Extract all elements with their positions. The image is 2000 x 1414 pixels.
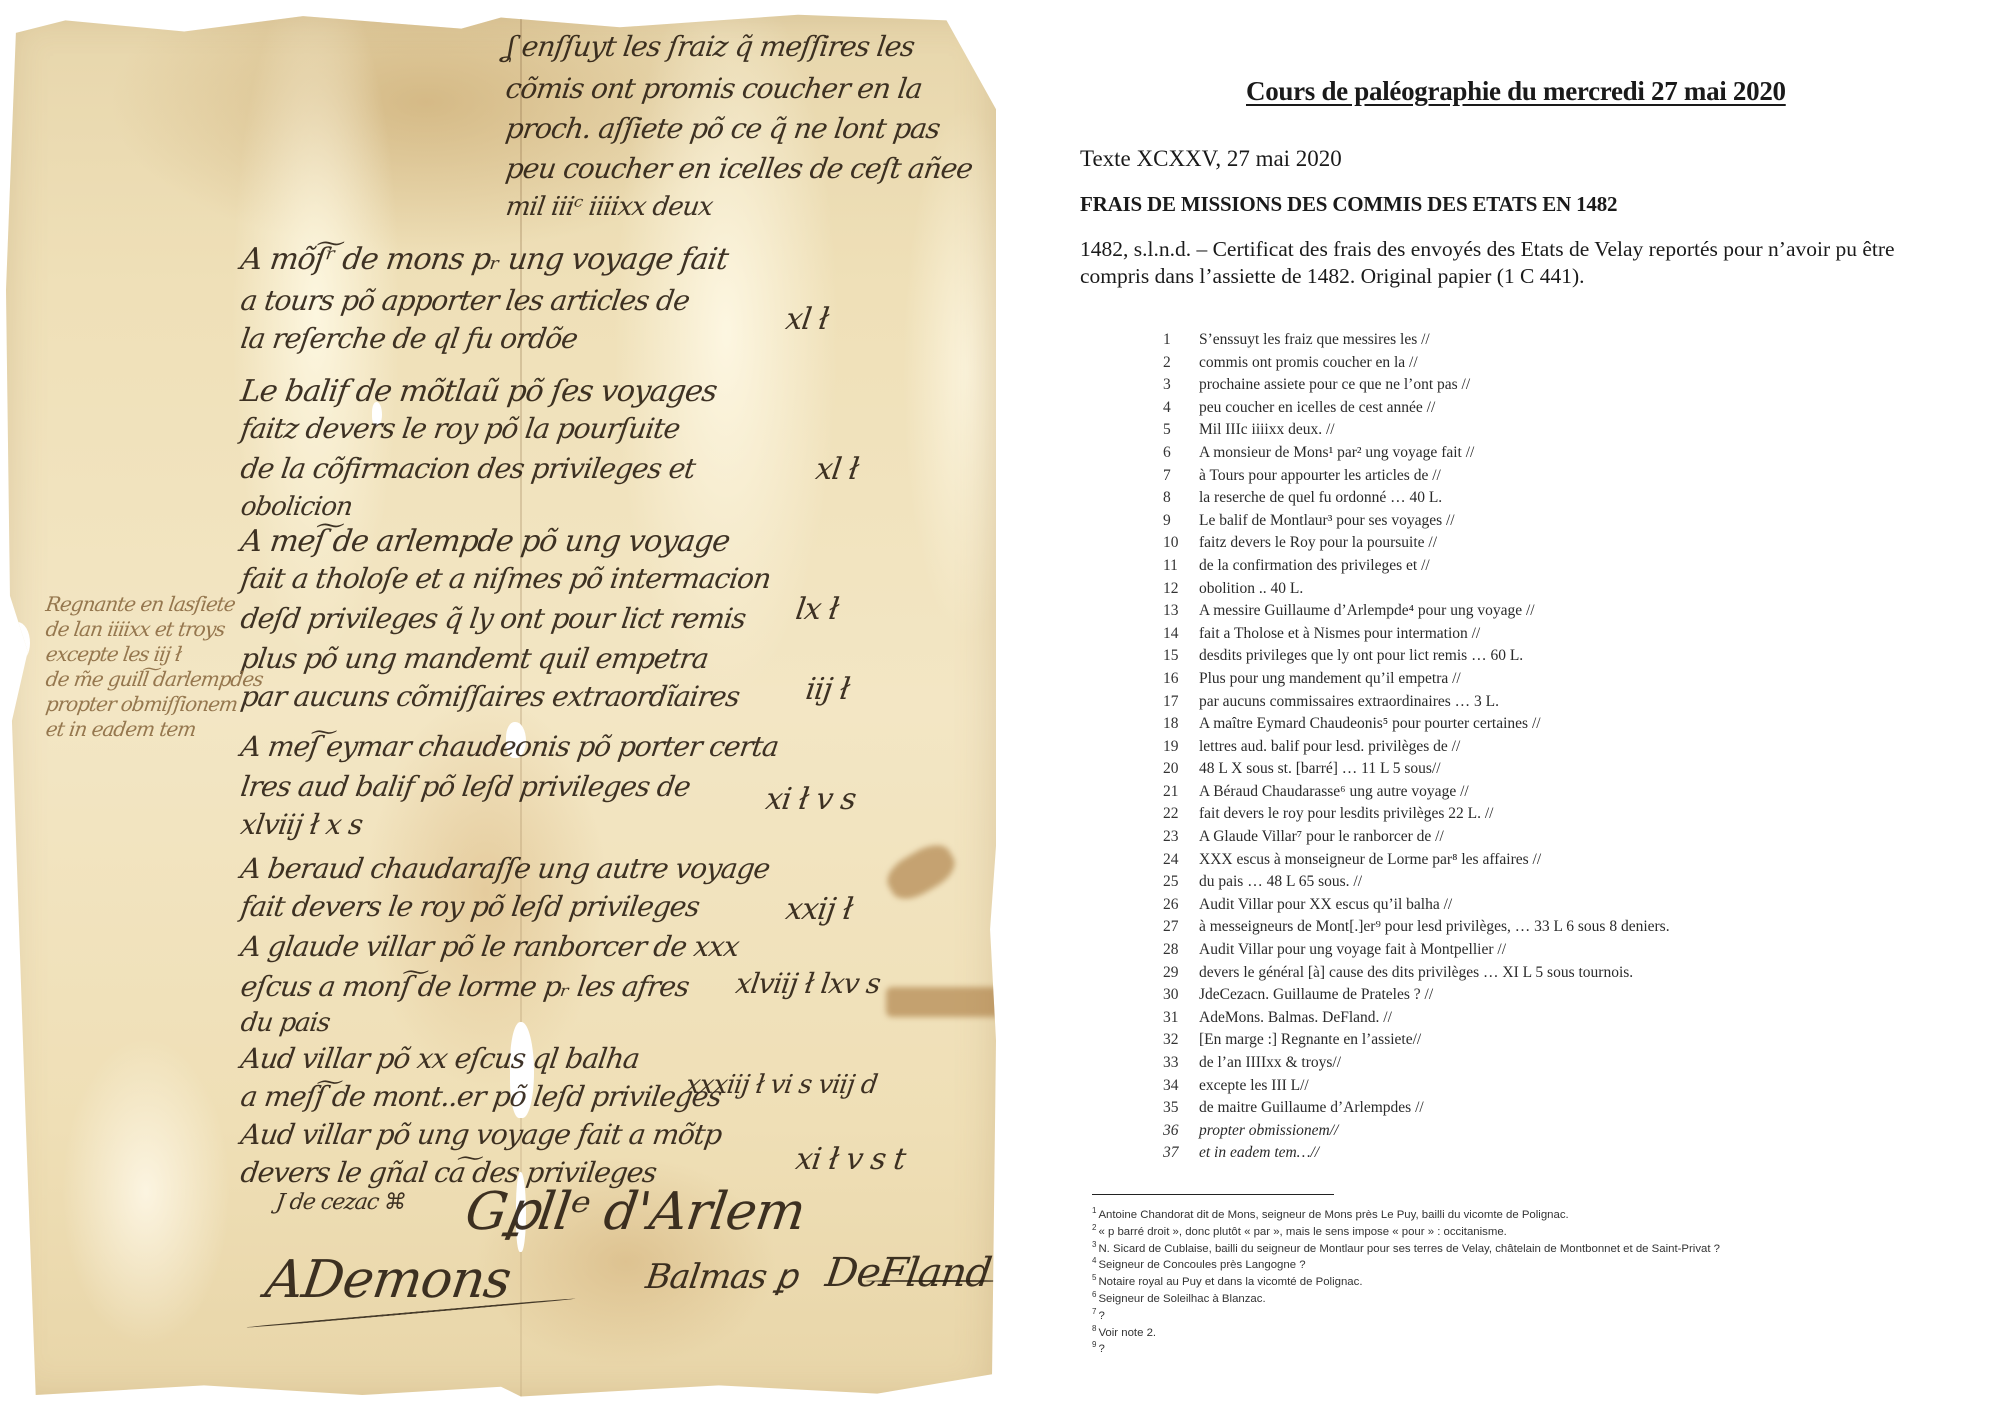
line-text: S’enssuyt les fraiz que messires les // [1199, 329, 1430, 352]
transcription-line: 4peu coucher en icelles de cest année // [1163, 397, 1670, 420]
margin-annotation: Regnante en lasſiete [44, 592, 236, 616]
signature-jdecezac: J de cezac ⌘ [274, 1190, 407, 1215]
line-text: XXX escus à monseigneur de Lorme par⁸ le… [1199, 849, 1541, 872]
line-number: 35 [1163, 1097, 1199, 1120]
transcription-line: 37et in eadem tem…// [1163, 1142, 1670, 1165]
footnote-number: 9 [1092, 1340, 1096, 1349]
line-number: 18 [1163, 713, 1199, 736]
footnote: 3N. Sicard de Cublaise, bailli du seigne… [1092, 1237, 1720, 1254]
handwriting-line: Aud villar põ ung voyage fait a mõtp [239, 1118, 724, 1151]
manuscript-scan: ʆ enſſuyt les ſraiz q̃ meſſires les cõmi… [6, 12, 996, 1402]
transcription-line: 3prochaine assiete pour ce que ne l’ont … [1163, 374, 1670, 397]
transcription-line: 26Audit Villar pour XX escus qu’il balha… [1163, 894, 1670, 917]
footnote-number: 8 [1092, 1324, 1096, 1333]
line-number: 24 [1163, 849, 1199, 872]
line-text: peu coucher en icelles de cest année // [1199, 397, 1435, 420]
line-number: 14 [1163, 623, 1199, 646]
course-title: Cours de paléographie du mercredi 27 mai… [1246, 76, 1786, 107]
line-text: Audit Villar pour ung voyage fait à Mont… [1199, 939, 1506, 962]
line-text: AdeMons. Balmas. DeFland. // [1199, 1007, 1392, 1030]
line-text: par aucuns commissaires extraordinaires … [1199, 691, 1499, 714]
line-text: A monsieur de Mons¹ par² ung voyage fait… [1199, 442, 1474, 465]
line-text: desdits privileges que ly ont pour lict … [1199, 645, 1523, 668]
transcription-line: 34excepte les III L// [1163, 1075, 1670, 1098]
line-text: Plus pour ung mandement qu’il empetra // [1199, 668, 1461, 691]
transcription-line: 9Le balif de Montlaur³ pour ses voyages … [1163, 510, 1670, 533]
handwriting-amount: iij ł [804, 672, 852, 707]
footnote-number: 2 [1092, 1223, 1096, 1232]
transcription-line: 10faitz devers le Roy pour la poursuite … [1163, 532, 1670, 555]
line-text: de maitre Guillaume d’Arlempdes // [1199, 1097, 1424, 1120]
handwriting-amount: xl ł [814, 452, 861, 487]
footnote: 1Antoine Chandorat dit de Mons, seigneur… [1092, 1203, 1720, 1220]
line-number: 16 [1163, 668, 1199, 691]
footnotes: 1Antoine Chandorat dit de Mons, seigneur… [1092, 1203, 1720, 1354]
handwriting-line: A glaude villar põ le ranborcer de xxx [239, 930, 741, 963]
handwriting-amount: xxxiij ł vi s viij d [684, 1070, 879, 1100]
footnote: 7? [1092, 1304, 1720, 1321]
line-text: faitz devers le Roy pour la poursuite // [1199, 532, 1437, 555]
footnote-text: Voir note 2. [1098, 1326, 1156, 1338]
document-description: 1482, s.l.n.d. – Certificat des frais de… [1080, 236, 1960, 290]
footnote-number: 5 [1092, 1273, 1096, 1282]
footnote-number: 6 [1092, 1290, 1096, 1299]
transcription-line: 11de la confirmation des privileges et /… [1163, 555, 1670, 578]
line-text: du pais … 48 L 65 sous. // [1199, 871, 1362, 894]
line-text: et in eadem tem…// [1199, 1142, 1319, 1165]
signature-guillaume: Gꝑllᵉ d'Arlem [462, 1182, 809, 1242]
line-number: 2 [1163, 352, 1199, 375]
footnote-number: 1 [1092, 1206, 1096, 1215]
handwriting-line: obolicion [239, 492, 354, 522]
handwriting-amount: xlviij ł lxv s [734, 967, 883, 1000]
handwriting-line: faitz devers le roy põ la pourſuite [239, 412, 682, 445]
line-text: commis ont promis coucher en la // [1199, 352, 1418, 375]
line-number: 9 [1163, 510, 1199, 533]
footnote: 2« p barré droit », donc plutôt « par »,… [1092, 1220, 1720, 1237]
transcription-line: 33de l’an IIIIxx & troys// [1163, 1052, 1670, 1075]
transcription-line: 19lettres aud. balif pour lesd. privilèg… [1163, 736, 1670, 759]
handwriting-line: A mõſ͠ʳ de mons pᵣ ung voyage fait [239, 242, 730, 277]
signature-ademons: ADemons [262, 1250, 514, 1310]
paper-hole [6, 622, 30, 662]
transcription-line: 5Mil IIIc iiiixx deux. // [1163, 419, 1670, 442]
line-text: fait a Tholose et à Nismes pour intermat… [1199, 623, 1480, 646]
transcription-line: 24XXX escus à monseigneur de Lorme par⁸ … [1163, 849, 1670, 872]
margin-annotation: excepte les iij ł [44, 642, 182, 666]
handwriting-line: A meſ͠ de arlempde põ ung voyage [239, 524, 732, 559]
transcription-line: 12obolition .. 40 L. [1163, 578, 1670, 601]
handwriting-line: de la cõfirmacion des privileges et [239, 452, 697, 485]
transcription-line: 21A Béraud Chaudarasse⁶ ung autre voyage… [1163, 781, 1670, 804]
line-number: 29 [1163, 962, 1199, 985]
transcription-line: 7à Tours pour appourter les articles de … [1163, 465, 1670, 488]
handwriting-line: xlviij ł x s [239, 808, 365, 841]
handwriting-line: mil iiiᶜ iiiixx deux [504, 192, 714, 222]
transcription-line: 23A Glaude Villar⁷ pour le ranborcer de … [1163, 826, 1670, 849]
transcription-line: 2048 L X sous st. [barré] … 11 L 5 sous/… [1163, 758, 1670, 781]
line-text: Mil IIIc iiiixx deux. // [1199, 419, 1335, 442]
handwriting-line: deſd privileges q̃ ly ont pour lict remi… [239, 602, 748, 635]
line-number: 20 [1163, 758, 1199, 781]
footnote-text: « p barré droit », donc plutôt « par », … [1098, 1226, 1506, 1238]
transcription-line: 36propter obmissionem// [1163, 1120, 1670, 1143]
footnote-text: Seigneur de Soleilhac à Blanzac. [1098, 1293, 1265, 1305]
signature-flourish [866, 1280, 1006, 1282]
transcription-line: 22fait devers le roy pour lesdits privil… [1163, 803, 1670, 826]
line-number: 8 [1163, 487, 1199, 510]
transcription-line: 32[En marge :] Regnante en l’assiete// [1163, 1029, 1670, 1052]
handwriting-amount: lx ł [794, 592, 841, 627]
line-text: lettres aud. balif pour lesd. privilèges… [1199, 736, 1460, 759]
line-number: 27 [1163, 916, 1199, 939]
handwriting-line: du pais [239, 1008, 332, 1038]
handwriting-line: cõmis ont promis coucher en la [504, 72, 924, 105]
ink-stain [881, 837, 962, 907]
transcription-line: 17par aucuns commissaires extraordinaire… [1163, 691, 1670, 714]
document-heading: FRAIS DE MISSIONS DES COMMIS DES ETATS E… [1080, 192, 1617, 217]
line-number: 26 [1163, 894, 1199, 917]
handwriting-line: A meſ͠ eymar chaudeonis põ porter certa [239, 730, 781, 763]
line-text: prochaine assiete pour ce que ne l’ont p… [1199, 374, 1470, 397]
handwriting-amount: xxij ł [784, 892, 855, 927]
line-text: A Béraud Chaudarasse⁶ ung autre voyage /… [1199, 781, 1469, 804]
footnote-number: 7 [1092, 1307, 1096, 1316]
footnote: 8Voir note 2. [1092, 1321, 1720, 1338]
handwriting-line: la reſerche de ql fu ordõe [239, 322, 580, 355]
transcription-line: 27à messeigneurs de Mont[.]er⁹ pour lesd… [1163, 916, 1670, 939]
handwriting-line: eſcus a monſ͠ de lorme pᵣ les afres [239, 970, 691, 1003]
line-text: Le balif de Montlaur³ pour ses voyages /… [1199, 510, 1455, 533]
footnote: 9? [1092, 1337, 1720, 1354]
transcription-line: 30JdeCezacn. Guillaume de Prateles ? // [1163, 984, 1670, 1007]
handwriting-line: A beraud chaudaraſſe ung autre voyage [239, 852, 772, 885]
line-number: 33 [1163, 1052, 1199, 1075]
line-number: 23 [1163, 826, 1199, 849]
line-text: de l’an IIIIxx & troys// [1199, 1052, 1341, 1075]
line-text: fait devers le roy pour lesdits privilèg… [1199, 803, 1493, 826]
margin-annotation: de m̃e guill͠ darlempdes [44, 667, 264, 691]
line-number: 17 [1163, 691, 1199, 714]
handwriting-line: a tours põ apporter les articles de [239, 284, 692, 317]
line-text: 48 L X sous st. [barré] … 11 L 5 sous// [1199, 758, 1441, 781]
line-number: 5 [1163, 419, 1199, 442]
signature-defland: DeFland [823, 1250, 994, 1296]
transcription-line: 29devers le général [à] cause des dits p… [1163, 962, 1670, 985]
line-number: 7 [1163, 465, 1199, 488]
line-number: 32 [1163, 1029, 1199, 1052]
transcription-line: 18A maître Eymard Chaudeonis⁵ pour pourt… [1163, 713, 1670, 736]
handwriting-line: peu coucher en icelles de ceſt añee [504, 152, 975, 185]
handwriting-line: par aucuns cõmiſſaires extraordĩaires [239, 680, 742, 713]
footnote-separator [1092, 1194, 1334, 1195]
line-text: Audit Villar pour XX escus qu’il balha /… [1199, 894, 1452, 917]
line-number: 19 [1163, 736, 1199, 759]
ink-stain [886, 987, 1006, 1017]
line-text: obolition .. 40 L. [1199, 578, 1303, 601]
margin-annotation: de lan iiiixx et troys [44, 617, 226, 641]
transcription-line: 14fait a Tholose et à Nismes pour interm… [1163, 623, 1670, 646]
handwriting-line: Le balif de mõtlaũ põ ſes voyages [239, 374, 719, 409]
line-number: 30 [1163, 984, 1199, 1007]
line-number: 6 [1163, 442, 1199, 465]
handwriting-amount: xi ł v s [764, 782, 858, 817]
handwriting-line: proch. aſſiete põ ce q̃ ne lont pas [504, 112, 942, 145]
line-text: propter obmissionem// [1199, 1120, 1338, 1143]
line-text: [En marge :] Regnante en l’assiete// [1199, 1029, 1421, 1052]
transcription-line: 28Audit Villar pour ung voyage fait à Mo… [1163, 939, 1670, 962]
line-number: 4 [1163, 397, 1199, 420]
line-number: 12 [1163, 578, 1199, 601]
footnote-text: ? [1098, 1310, 1104, 1322]
footnote: 4Seigneur de Concoules près Langogne ? [1092, 1253, 1720, 1270]
line-number: 13 [1163, 600, 1199, 623]
line-number: 3 [1163, 374, 1199, 397]
handwriting-line: Aud villar põ xx eſcus ql balha [239, 1042, 642, 1075]
line-number: 36 [1163, 1120, 1199, 1143]
margin-annotation: et in eadem tem [44, 717, 197, 741]
line-text: A maître Eymard Chaudeonis⁵ pour pourter… [1199, 713, 1541, 736]
handwriting-line: fait devers le roy põ leſd privileges [239, 890, 702, 923]
handwriting-amount: xl ł [784, 302, 831, 337]
line-text: JdeCezacn. Guillaume de Prateles ? // [1199, 984, 1433, 1007]
line-text: A Glaude Villar⁷ pour le ranborcer de // [1199, 826, 1444, 849]
line-text: de la confirmation des privileges et // [1199, 555, 1430, 578]
line-number: 11 [1163, 555, 1199, 578]
transcription-line: 16Plus pour ung mandement qu’il empetra … [1163, 668, 1670, 691]
text-reference: Texte XCXXV, 27 mai 2020 [1080, 146, 1342, 172]
handwriting-line: ʆ enſſuyt les ſraiz q̃ meſſires les [504, 30, 917, 63]
transcription-line: 8la reserche de quel fu ordonné … 40 L. [1163, 487, 1670, 510]
line-number: 37 [1163, 1142, 1199, 1165]
footnote-number: 4 [1092, 1256, 1096, 1265]
line-number: 21 [1163, 781, 1199, 804]
line-number: 34 [1163, 1075, 1199, 1098]
line-text: devers le général [à] cause des dits pri… [1199, 962, 1633, 985]
footnote-number: 3 [1092, 1240, 1096, 1249]
transcription-line: 15desdits privileges que ly ont pour lic… [1163, 645, 1670, 668]
line-number: 1 [1163, 329, 1199, 352]
line-text: A messire Guillaume d’Arlempde⁴ pour ung… [1199, 600, 1535, 623]
line-number: 28 [1163, 939, 1199, 962]
line-text: à messeigneurs de Mont[.]er⁹ pour lesd p… [1199, 916, 1670, 939]
line-number: 22 [1163, 803, 1199, 826]
signature-balmas: Balmas ꝑ [643, 1257, 799, 1297]
footnote: 6Seigneur de Soleilhac à Blanzac. [1092, 1287, 1720, 1304]
transcription-line: 1S’enssuyt les fraiz que messires les // [1163, 329, 1670, 352]
line-text: à Tours pour appourter les articles de /… [1199, 465, 1441, 488]
handwriting-line: a meſſ͠ de mont..er põ leſd privileges [239, 1080, 724, 1113]
handwriting-line: lres aud balif põ leſd privileges de [239, 770, 692, 803]
footnote: 5Notaire royal au Puy et dans la vicomté… [1092, 1270, 1720, 1287]
line-text: la reserche de quel fu ordonné … 40 L. [1199, 487, 1442, 510]
line-text: excepte les III L// [1199, 1075, 1309, 1098]
transcription-line: 2commis ont promis coucher en la // [1163, 352, 1670, 375]
line-number: 10 [1163, 532, 1199, 555]
transcription-line: 25du pais … 48 L 65 sous. // [1163, 871, 1670, 894]
footnote-text: ? [1098, 1343, 1104, 1355]
handwriting-line: fait a tholoſe et a niſmes põ intermacio… [239, 562, 773, 595]
line-number: 25 [1163, 871, 1199, 894]
margin-annotation: propter obmiſſionem [44, 692, 239, 716]
transcription-line: 31AdeMons. Balmas. DeFland. // [1163, 1007, 1670, 1030]
transcription-line: 6A monsieur de Mons¹ par² ung voyage fai… [1163, 442, 1670, 465]
transcription-line: 35de maitre Guillaume d’Arlempdes // [1163, 1097, 1670, 1120]
handwriting-amount: xi ł v s t [794, 1142, 908, 1177]
line-number: 31 [1163, 1007, 1199, 1030]
line-number: 15 [1163, 645, 1199, 668]
transcription-lines: 1S’enssuyt les fraiz que messires les //… [1163, 329, 1670, 1165]
footnote-text: Antoine Chandorat dit de Mons, seigneur … [1098, 1209, 1568, 1221]
handwriting-line: plus põ ung mandemt quil empetra [239, 642, 711, 675]
transcription-line: 13A messire Guillaume d’Arlempde⁴ pour u… [1163, 600, 1670, 623]
